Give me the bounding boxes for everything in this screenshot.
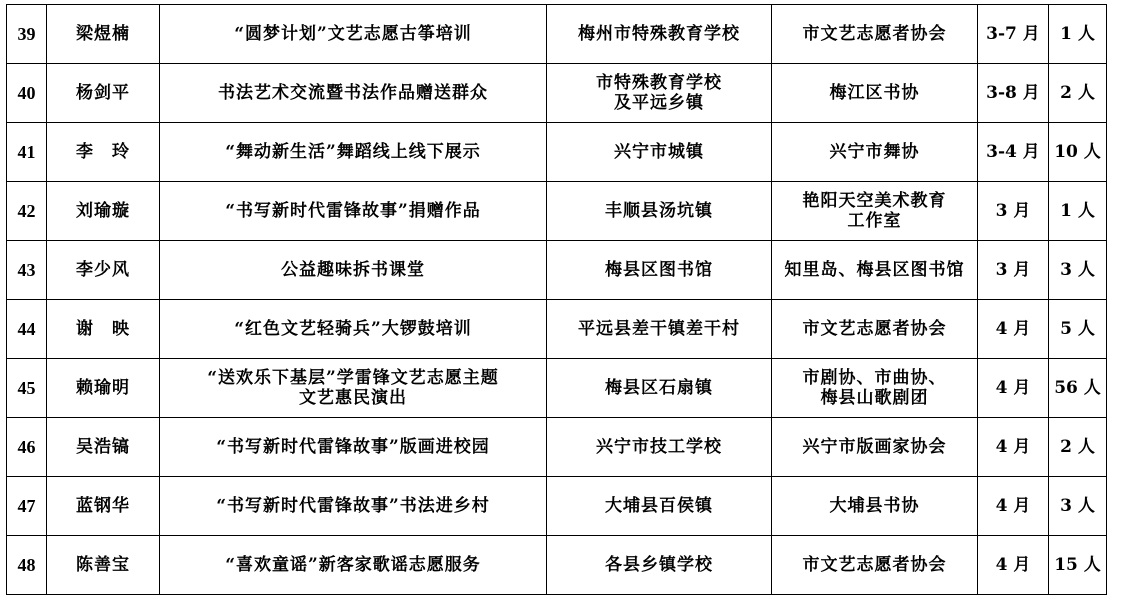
participant-count: 5 人 — [1049, 300, 1107, 359]
organizer: 知里岛、梅县区图书馆 — [772, 241, 978, 300]
volunteer-name: 吴浩镐 — [47, 418, 160, 477]
activity-time: 3-8 月 — [978, 64, 1049, 123]
organizer: 市文艺志愿者协会 — [772, 5, 978, 64]
table-row: 44谢 映“红色文艺轻骑兵”大锣鼓培训平远县差干镇差干村市文艺志愿者协会4 月5… — [7, 300, 1107, 359]
organizer: 兴宁市舞协 — [772, 123, 978, 182]
row-number: 47 — [7, 477, 47, 536]
organizer-line: 梅江区书协 — [772, 83, 977, 103]
table-body: 39梁煜楠“圆梦计划”文艺志愿古筝培训梅州市特殊教育学校市文艺志愿者协会3-7 … — [7, 5, 1107, 595]
organizer: 大埔县书协 — [772, 477, 978, 536]
activity-time: 4 月 — [978, 418, 1049, 477]
volunteer-name: 杨剑平 — [47, 64, 160, 123]
table-row: 43李少风公益趣味拆书课堂梅县区图书馆知里岛、梅县区图书馆3 月3 人 — [7, 241, 1107, 300]
row-number: 42 — [7, 182, 47, 241]
activity-location-line: 梅县区石扇镇 — [547, 378, 771, 398]
activity-name: “书写新时代雷锋故事”捐赠作品 — [160, 182, 547, 241]
activity-location: 兴宁市城镇 — [547, 123, 772, 182]
volunteer-name: 赖瑜明 — [47, 359, 160, 418]
activity-name: 书法艺术交流暨书法作品赠送群众 — [160, 64, 547, 123]
activity-name-line: “送欢乐下基层”学雷锋文艺志愿主题 — [160, 368, 546, 388]
activity-name-line: “喜欢童谣”新客家歌谣志愿服务 — [160, 555, 546, 575]
activity-time: 4 月 — [978, 359, 1049, 418]
organizer-line: 知里岛、梅县区图书馆 — [772, 260, 977, 280]
activity-location: 大埔县百侯镇 — [547, 477, 772, 536]
table-row: 39梁煜楠“圆梦计划”文艺志愿古筝培训梅州市特殊教育学校市文艺志愿者协会3-7 … — [7, 5, 1107, 64]
activity-location: 市特殊教育学校及平远乡镇 — [547, 64, 772, 123]
volunteer-name: 李少风 — [47, 241, 160, 300]
activity-time: 3 月 — [978, 241, 1049, 300]
table-row: 48陈善宝“喜欢童谣”新客家歌谣志愿服务各县乡镇学校市文艺志愿者协会4 月15 … — [7, 536, 1107, 595]
organizer-line: 兴宁市版画家协会 — [772, 437, 977, 457]
activity-location-line: 兴宁市技工学校 — [547, 437, 771, 457]
activity-location: 平远县差干镇差干村 — [547, 300, 772, 359]
activity-name-line: “圆梦计划”文艺志愿古筝培训 — [160, 24, 546, 44]
row-number: 43 — [7, 241, 47, 300]
organizer-line: 市剧协、市曲协、 — [772, 368, 977, 388]
activity-location-line: 梅州市特殊教育学校 — [547, 24, 771, 44]
organizer-line: 梅县山歌剧团 — [772, 388, 977, 408]
participant-count: 2 人 — [1049, 64, 1107, 123]
activity-location: 各县乡镇学校 — [547, 536, 772, 595]
participant-count: 3 人 — [1049, 241, 1107, 300]
activity-time: 4 月 — [978, 300, 1049, 359]
organizer-line: 艳阳天空美术教育 — [772, 191, 977, 211]
table-row: 40杨剑平书法艺术交流暨书法作品赠送群众市特殊教育学校及平远乡镇梅江区书协3-8… — [7, 64, 1107, 123]
organizer: 艳阳天空美术教育工作室 — [772, 182, 978, 241]
table-row: 45赖瑜明“送欢乐下基层”学雷锋文艺志愿主题文艺惠民演出梅县区石扇镇市剧协、市曲… — [7, 359, 1107, 418]
volunteer-name: 陈善宝 — [47, 536, 160, 595]
participant-count: 3 人 — [1049, 477, 1107, 536]
activity-name: “喜欢童谣”新客家歌谣志愿服务 — [160, 536, 547, 595]
table-row: 47蓝钢华“书写新时代雷锋故事”书法进乡村大埔县百侯镇大埔县书协4 月3 人 — [7, 477, 1107, 536]
organizer: 兴宁市版画家协会 — [772, 418, 978, 477]
organizer-line: 兴宁市舞协 — [772, 142, 977, 162]
participant-count: 1 人 — [1049, 5, 1107, 64]
row-number: 46 — [7, 418, 47, 477]
organizer-line: 市文艺志愿者协会 — [772, 319, 977, 339]
table-row: 41李 玲“舞动新生活”舞蹈线上线下展示兴宁市城镇兴宁市舞协3-4 月10 人 — [7, 123, 1107, 182]
volunteer-name: 李 玲 — [47, 123, 160, 182]
activity-time: 3 月 — [978, 182, 1049, 241]
activity-name: 公益趣味拆书课堂 — [160, 241, 547, 300]
activity-location: 梅县区图书馆 — [547, 241, 772, 300]
participant-count: 56 人 — [1049, 359, 1107, 418]
volunteer-name: 梁煜楠 — [47, 5, 160, 64]
volunteer-activity-table: 39梁煜楠“圆梦计划”文艺志愿古筝培训梅州市特殊教育学校市文艺志愿者协会3-7 … — [6, 4, 1107, 595]
participant-count: 2 人 — [1049, 418, 1107, 477]
activity-location-line: 兴宁市城镇 — [547, 142, 771, 162]
activity-location: 兴宁市技工学校 — [547, 418, 772, 477]
activity-name-line: 书法艺术交流暨书法作品赠送群众 — [160, 83, 546, 103]
row-number: 40 — [7, 64, 47, 123]
table-row: 42刘瑜璇“书写新时代雷锋故事”捐赠作品丰顺县汤坑镇艳阳天空美术教育工作室3 月… — [7, 182, 1107, 241]
table-row: 46吴浩镐“书写新时代雷锋故事”版画进校园兴宁市技工学校兴宁市版画家协会4 月2… — [7, 418, 1107, 477]
volunteer-name: 谢 映 — [47, 300, 160, 359]
activity-name: “书写新时代雷锋故事”书法进乡村 — [160, 477, 547, 536]
participant-count: 1 人 — [1049, 182, 1107, 241]
volunteer-name: 刘瑜璇 — [47, 182, 160, 241]
activity-name-line: 公益趣味拆书课堂 — [160, 260, 546, 280]
organizer-line: 市文艺志愿者协会 — [772, 555, 977, 575]
organizer-line: 市文艺志愿者协会 — [772, 24, 977, 44]
activity-name-line: “舞动新生活”舞蹈线上线下展示 — [160, 142, 546, 162]
activity-name: “送欢乐下基层”学雷锋文艺志愿主题文艺惠民演出 — [160, 359, 547, 418]
row-number: 41 — [7, 123, 47, 182]
activity-location-line: 市特殊教育学校 — [547, 73, 771, 93]
organizer: 市剧协、市曲协、梅县山歌剧团 — [772, 359, 978, 418]
activity-location-line: 及平远乡镇 — [547, 93, 771, 113]
row-number: 48 — [7, 536, 47, 595]
activity-location: 梅县区石扇镇 — [547, 359, 772, 418]
activity-name-line: “书写新时代雷锋故事”捐赠作品 — [160, 201, 546, 221]
organizer-line: 工作室 — [772, 211, 977, 231]
participant-count: 15 人 — [1049, 536, 1107, 595]
volunteer-name: 蓝钢华 — [47, 477, 160, 536]
activity-name: “舞动新生活”舞蹈线上线下展示 — [160, 123, 547, 182]
activity-location: 丰顺县汤坑镇 — [547, 182, 772, 241]
activity-name: “红色文艺轻骑兵”大锣鼓培训 — [160, 300, 547, 359]
organizer-line: 大埔县书协 — [772, 496, 977, 516]
activity-time: 4 月 — [978, 477, 1049, 536]
activity-name-line: 文艺惠民演出 — [160, 388, 546, 408]
activity-location-line: 丰顺县汤坑镇 — [547, 201, 771, 221]
activity-name-line: “书写新时代雷锋故事”版画进校园 — [160, 437, 546, 457]
activity-name-line: “书写新时代雷锋故事”书法进乡村 — [160, 496, 546, 516]
activity-time: 3-4 月 — [978, 123, 1049, 182]
activity-location-line: 平远县差干镇差干村 — [547, 319, 771, 339]
activity-time: 4 月 — [978, 536, 1049, 595]
activity-location: 梅州市特殊教育学校 — [547, 5, 772, 64]
row-number: 39 — [7, 5, 47, 64]
activity-location-line: 大埔县百侯镇 — [547, 496, 771, 516]
activity-name: “圆梦计划”文艺志愿古筝培训 — [160, 5, 547, 64]
row-number: 45 — [7, 359, 47, 418]
organizer: 市文艺志愿者协会 — [772, 536, 978, 595]
activity-time: 3-7 月 — [978, 5, 1049, 64]
activity-name: “书写新时代雷锋故事”版画进校园 — [160, 418, 547, 477]
participant-count: 10 人 — [1049, 123, 1107, 182]
activity-location-line: 各县乡镇学校 — [547, 555, 771, 575]
activity-name-line: “红色文艺轻骑兵”大锣鼓培训 — [160, 319, 546, 339]
organizer: 梅江区书协 — [772, 64, 978, 123]
activity-location-line: 梅县区图书馆 — [547, 260, 771, 280]
organizer: 市文艺志愿者协会 — [772, 300, 978, 359]
row-number: 44 — [7, 300, 47, 359]
